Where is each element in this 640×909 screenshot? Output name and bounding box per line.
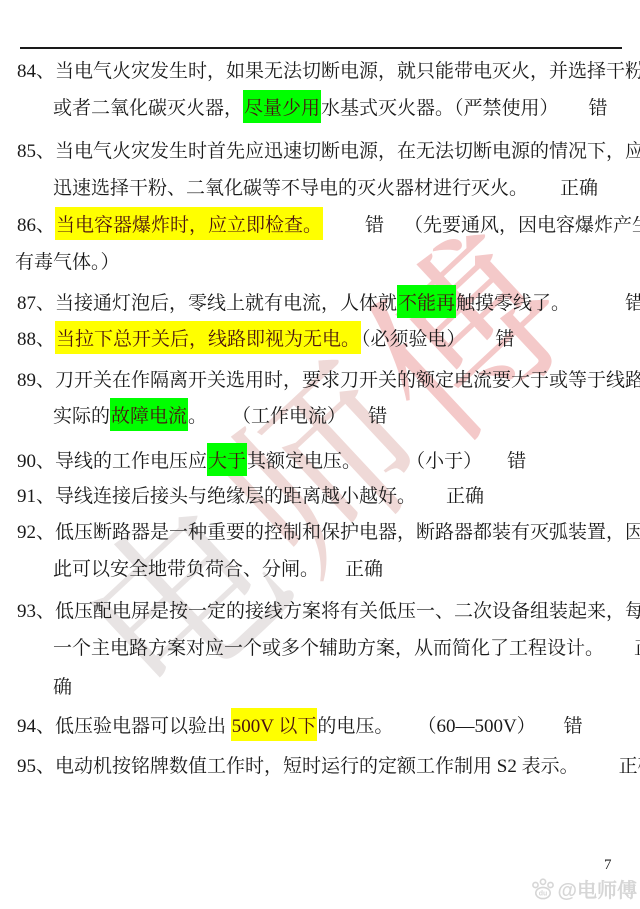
text-segment: （工作电流）: [232, 406, 346, 427]
text-segment: 其额定电压。: [247, 451, 361, 472]
text-segment: 正确: [345, 559, 383, 580]
text-segment: 93、: [17, 601, 55, 622]
text-segment: 正确: [560, 178, 598, 199]
text-segment: 错: [368, 406, 387, 427]
question-95-line-1: 95、电动机按铭牌数值工作时，短时运行的定额工作制用 S2 表示。正确: [17, 753, 640, 780]
text-segment: 电动机按铭牌数值工作时，短时运行的定额工作制用 S2 表示。: [55, 756, 579, 777]
text-segment: 当电气火灾发生时首先应迅速切断电源，在无法切断电源的情况下，应: [55, 141, 640, 162]
text-segment: 84、: [17, 61, 55, 82]
answer-gap: [361, 466, 406, 467]
text-segment: 触摸零线了。: [456, 293, 570, 314]
text-segment: 91、: [17, 486, 55, 507]
answer-gap: [466, 344, 496, 345]
question-93-line-3: 确: [53, 674, 72, 701]
page-number: 7: [604, 857, 612, 874]
paw-icon-label: du: [539, 890, 548, 897]
header-rule: [20, 47, 622, 49]
text-segment: 95、: [17, 756, 55, 777]
text-segment: 低压验电器可以验出: [55, 716, 231, 737]
document-page: { "page": { "number": "7" }, "colors": {…: [0, 0, 640, 909]
text-segment: 85、: [17, 141, 55, 162]
text-segment: 正: [634, 638, 640, 659]
question-93-line-1: 93、低压配电屏是按一定的接线方案将有关低压一、二次设备组装起来，每: [17, 598, 640, 625]
question-87-line-1: 87、当接通灯泡后，零线上就有电流，人体就不能再触摸零线了。错: [17, 290, 640, 317]
question-85-line-2: 迅速选择干粉、二氧化碳等不导电的灭火器材进行灭火。正确: [53, 175, 598, 202]
text-segment: 或者二氧化碳灭火器，: [53, 98, 243, 119]
highlighted-text: 故障电流: [110, 398, 188, 431]
answer-gap: [559, 113, 589, 114]
text-segment: （先要通风，因电容爆炸产生: [404, 215, 640, 236]
highlighted-text: 当电容器爆炸时，应立即检查。: [55, 207, 323, 240]
highlighted-text: 500V 以下: [231, 708, 318, 741]
text-segment: 正确: [619, 756, 640, 777]
question-84-line-1: 84、当电气火灾发生时，如果无法切断电源，就只能带电灭火，并选择干粉: [17, 58, 640, 85]
text-segment: 一个主电路方案对应一个或多个辅助方案，从而简化了工程设计。: [53, 638, 604, 659]
text-segment: 错: [589, 98, 608, 119]
text-segment: 90、: [17, 451, 55, 472]
question-94-line-1: 94、低压验电器可以验出 500V 以下的电压。（60—500V）错: [17, 713, 583, 740]
text-segment: 当接通灯泡后，零线上就有电流，人体就: [55, 293, 397, 314]
question-90-line-1: 90、导线的工作电压应大于其额定电压。（小于）错: [17, 448, 526, 475]
answer-gap: [528, 193, 560, 194]
highlighted-text: 尽量少用: [243, 90, 321, 123]
question-88-line-1: 88、当拉下总开关后，线路即视为无电。（必须验电）错: [17, 326, 515, 353]
text-segment: 94、: [17, 716, 55, 737]
answer-gap: [346, 421, 368, 422]
text-segment: （小于）: [406, 451, 482, 472]
answer-gap: [579, 771, 619, 772]
text-segment: 92、: [17, 522, 55, 543]
text-segment: 刀开关在作隔离开关选用时，要求刀开关的额定电流要大于或等于线路: [55, 370, 640, 391]
answer-gap: [604, 653, 634, 654]
text-segment: 当电气火灾发生时，如果无法切断电源，就只能带电灭火，并选择干粉: [55, 61, 640, 82]
text-segment: 88、: [17, 329, 55, 350]
answer-gap: [323, 230, 365, 231]
question-89-line-1: 89、刀开关在作隔离开关选用时，要求刀开关的额定电流要大于或等于线路: [17, 367, 640, 394]
text-segment: 导线连接后接头与绝缘层的距离越小越好。: [55, 486, 416, 507]
answer-gap: [570, 308, 625, 309]
text-segment: 错: [507, 451, 526, 472]
text-segment: 错: [365, 215, 384, 236]
text-segment: （必须验电）: [361, 329, 466, 350]
highlighted-text: 大于: [207, 443, 247, 476]
highlighted-text: 不能再: [397, 285, 456, 318]
text-segment: 86、: [17, 215, 55, 236]
question-84-line-2: 或者二氧化碳灭火器，尽量少用水基式灭火器。（严禁使用）错: [53, 95, 608, 122]
question-93-line-2: 一个主电路方案对应一个或多个辅助方案，从而简化了工程设计。正: [53, 635, 640, 662]
text-segment: 低压断路器是一种重要的控制和保护电器，断路器都装有灭弧装置，因: [55, 522, 640, 543]
text-segment: 错: [564, 716, 583, 737]
text-segment: 实际的: [53, 406, 110, 427]
watermark-badge: du @电师傅: [531, 874, 637, 903]
baidu-paw-icon: du: [531, 877, 555, 901]
text-segment: 89、: [17, 370, 55, 391]
question-86-line-1: 86、当电容器爆炸时，应立即检查。错（先要通风，因电容爆炸产生: [17, 212, 640, 239]
answer-gap: [384, 230, 404, 231]
question-92-line-2: 此可以安全地带负荷合、分闸。正确: [53, 556, 383, 583]
text-segment: （60—500V）: [417, 716, 535, 737]
text-segment: 错: [625, 293, 640, 314]
question-89-line-2: 实际的故障电流。（工作电流）错: [53, 403, 387, 430]
watermark-handle: @电师傅: [557, 874, 637, 903]
text-segment: 错: [496, 329, 515, 350]
exam-question-page: 电师傅 84、当电气火灾发生时，如果无法切断电源，就只能带电灭火，并选择干粉或者…: [0, 0, 640, 909]
text-segment: 有毒气体。）: [15, 252, 120, 273]
text-segment: 导线的工作电压应: [55, 451, 207, 472]
highlighted-text: 当拉下总开关后，线路即视为无电。: [55, 321, 361, 354]
question-86-line-2: 有毒气体。）: [15, 249, 120, 276]
text-segment: 的电压。: [317, 716, 393, 737]
text-segment: 正确: [446, 486, 484, 507]
question-85-line-1: 85、当电气火灾发生时首先应迅速切断电源，在无法切断电源的情况下，应: [17, 138, 640, 165]
text-segment: 确: [53, 677, 72, 698]
text-segment: 此可以安全地带负荷合、分闸。: [53, 559, 319, 580]
answer-gap: [536, 731, 564, 732]
text-segment: 。: [188, 406, 207, 427]
text-segment: 迅速选择干粉、二氧化碳等不导电的灭火器材进行灭火。: [53, 178, 528, 199]
text-segment: 水基式灭火器。（严禁使用）: [321, 98, 559, 119]
answer-gap: [393, 731, 417, 732]
text-segment: 87、: [17, 293, 55, 314]
question-91-line-1: 91、导线连接后接头与绝缘层的距离越小越好。正确: [17, 483, 484, 510]
question-92-line-1: 92、低压断路器是一种重要的控制和保护电器，断路器都装有灭弧装置，因: [17, 519, 640, 546]
answer-gap: [482, 466, 507, 467]
answer-gap: [416, 501, 446, 502]
answer-gap: [319, 574, 345, 575]
text-segment: 低压配电屏是按一定的接线方案将有关低压一、二次设备组装起来，每: [55, 601, 640, 622]
answer-gap: [207, 421, 232, 422]
